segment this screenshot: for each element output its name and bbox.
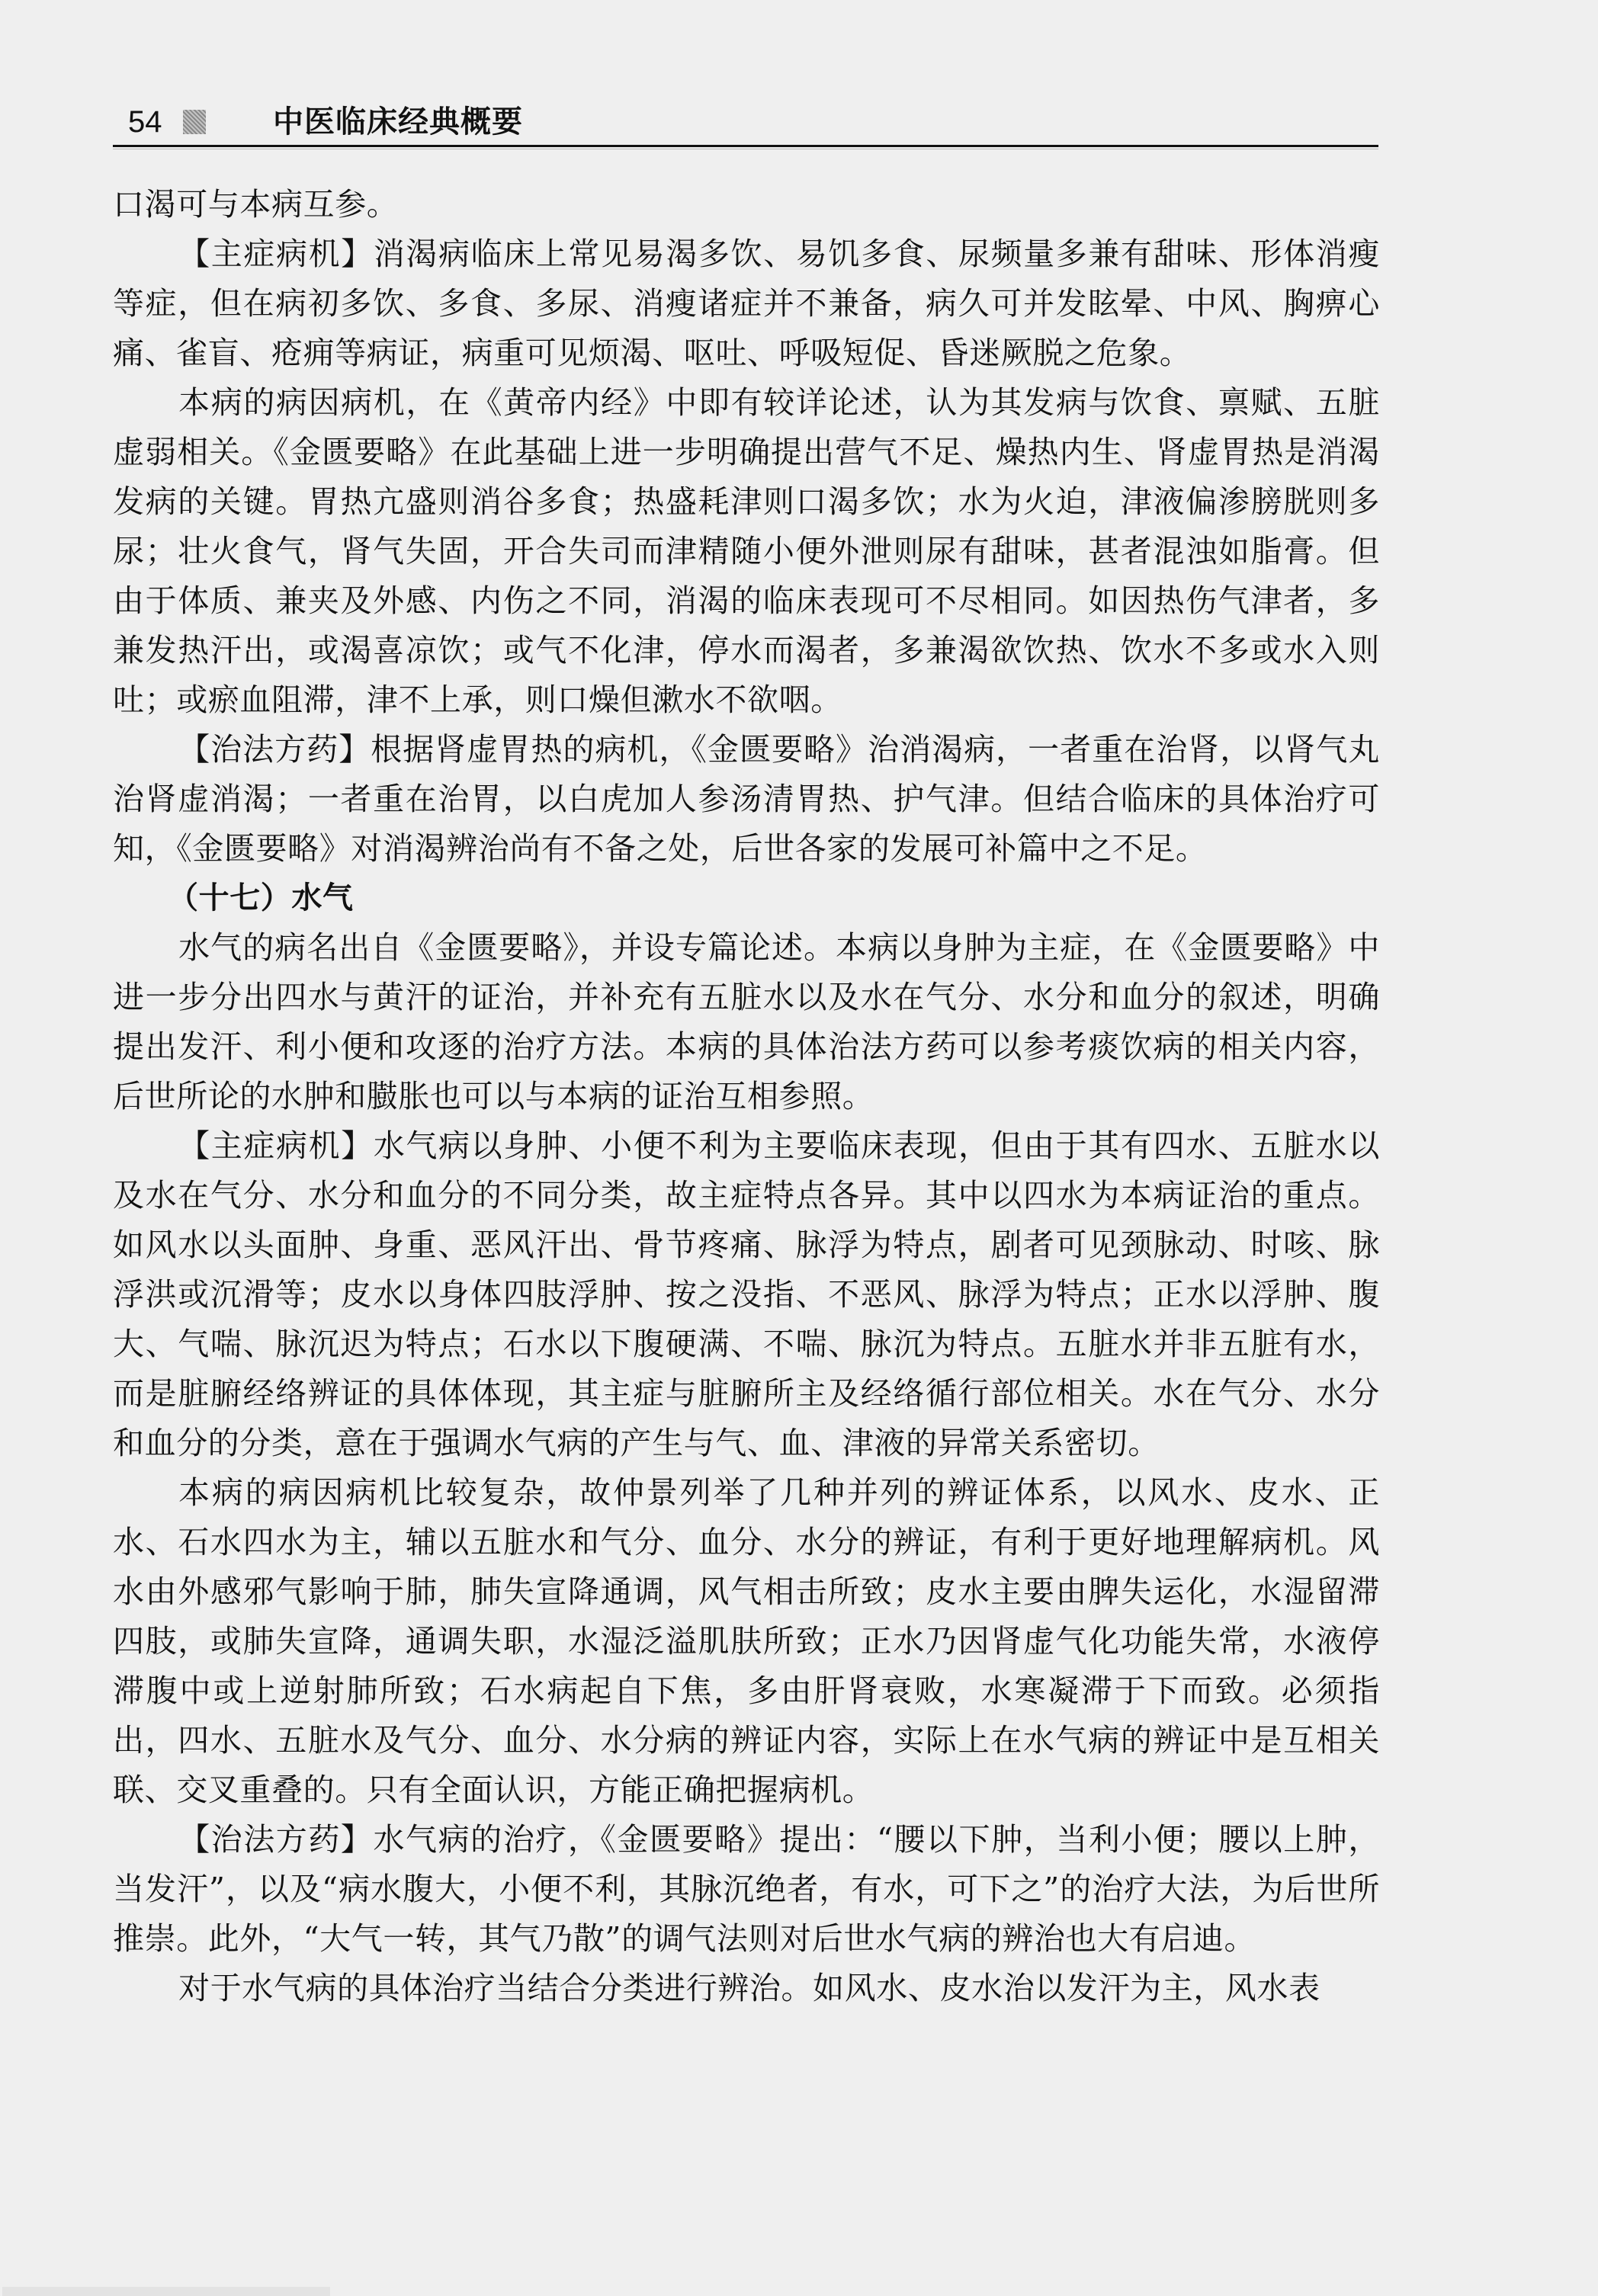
section-tag: 【主症病机】 — [178, 1127, 374, 1164]
running-header: 54 中医临床经典概要 — [113, 98, 1378, 145]
paragraph-etiology-xiaoke: 本病的病因病机，在《黄帝内经》中即有较详论述，认为其发病与饮食、禀赋、五脏虚弱相… — [113, 378, 1380, 725]
paragraph-main-symptoms-xiaoke: 【主症病机】消渴病临床上常见易渴多饮、易饥多食、尿频量多兼有甜味、形体消瘦等症，… — [113, 229, 1380, 378]
paragraph-specific-treatment: 对于水气病的具体治疗当结合分类进行辨治。如风水、皮水治以发汗为主，风水表 — [113, 1964, 1380, 2013]
paragraph-main-symptoms-shuiqi: 【主症病机】水气病以身肿、小便不利为主要临床表现，但由于其有四水、五脏水以及水在… — [113, 1121, 1380, 1468]
header-ornament-icon — [183, 110, 206, 134]
paragraph-treatment-xiaoke: 【治法方药】根据肾虚胃热的病机，《金匮要略》治消渴病，一者重在治肾，以肾气丸治肾… — [113, 725, 1380, 874]
section-tag: 【主症病机】 — [178, 236, 374, 272]
page-body: 口渴可与本病互参。 【主症病机】消渴病临床上常见易渴多饮、易饥多食、尿频量多兼有… — [113, 180, 1380, 2013]
paragraph-text: 水气病以身肿、小便不利为主要临床表现，但由于其有四水、五脏水以及水在气分、水分和… — [113, 1127, 1380, 1461]
section-tag: 【治法方药】 — [178, 1821, 373, 1858]
header-rule — [113, 145, 1378, 147]
book-title: 中医临床经典概要 — [273, 104, 523, 140]
paragraph-continuation: 口渴可与本病互参。 — [113, 180, 1380, 229]
paragraph-etiology-shuiqi: 本病的病因病机比较复杂，故仲景列举了几种并列的辨证体系，以风水、皮水、正水、石水… — [113, 1468, 1380, 1815]
scan-edge-artifact — [2, 2287, 330, 2296]
section-tag: 【治法方药】 — [178, 731, 371, 768]
paragraph-treatment-shuiqi: 【治法方药】水气病的治疗，《金匮要略》提出：“腰以下肿，当利小便；腰以上肿，当发… — [113, 1815, 1380, 1964]
header-rule-thin — [113, 149, 1378, 149]
section-heading: （十七）水气 — [113, 874, 1380, 923]
paragraph-shuiqi-intro: 水气的病名出自《金匮要略》，并设专篇论述。本病以身肿为主症，在《金匮要略》中进一… — [113, 923, 1380, 1121]
page-number: 54 — [128, 105, 162, 139]
